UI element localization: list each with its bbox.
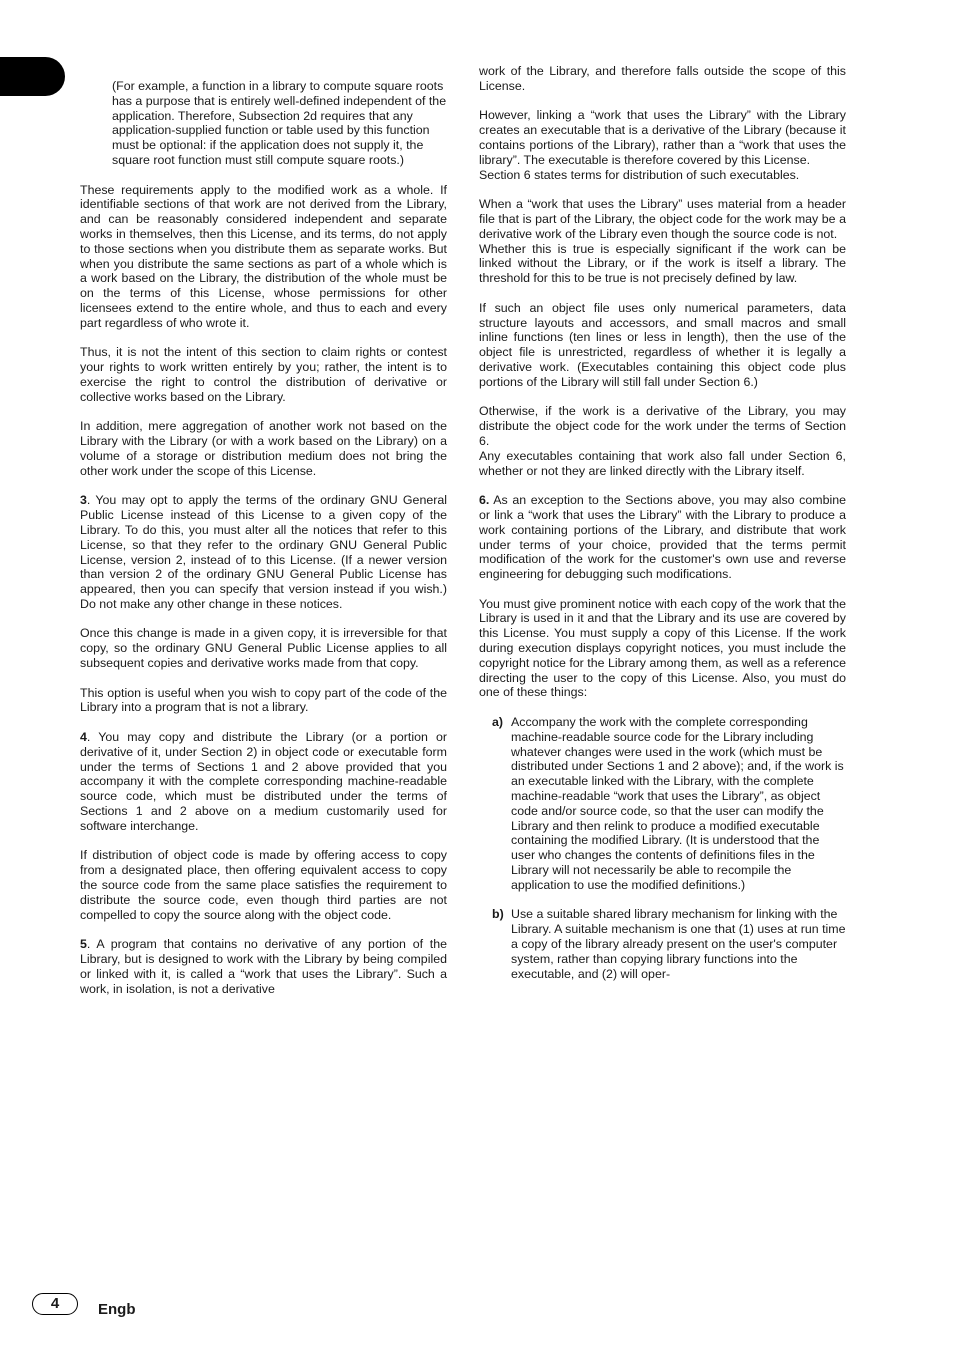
notice-paragraph: You must give prominent notice with each…: [479, 597, 846, 701]
list-item-text: Accompany the work with the complete cor…: [511, 715, 844, 892]
section-4-paragraph: 4. You may copy and distribute the Libra…: [80, 730, 447, 834]
list-item-label: b): [492, 907, 504, 922]
whether-paragraph: Whether this is true is especially signi…: [479, 242, 846, 286]
otherwise-paragraph: Otherwise, if the work is a derivative o…: [479, 404, 846, 448]
section-3-paragraph: 3. You may opt to apply the terms of the…: [80, 493, 447, 611]
page-footer: 4 Engb: [32, 1289, 136, 1318]
page-number: 4: [32, 1293, 78, 1315]
however-paragraph: However, linking a “work that uses the L…: [479, 108, 846, 167]
section-6-number: 6.: [479, 493, 489, 507]
section-4-number: 4: [80, 730, 87, 744]
requirements-paragraph: These requirements apply to the modified…: [80, 183, 447, 331]
section-6-text: As an exception to the Sections above, y…: [479, 493, 846, 581]
chapter-tab: [0, 57, 65, 96]
list-item-text: Use a suitable shared library mechanism …: [511, 907, 845, 980]
aggregation-paragraph: In addition, mere aggregation of another…: [80, 419, 447, 478]
section-5-number: 5: [80, 937, 87, 951]
section-3-text: . You may opt to apply the terms of the …: [80, 493, 447, 611]
option-paragraph: This option is useful when you wish to c…: [80, 686, 447, 716]
section-5-text: . A program that contains no derivative …: [80, 937, 447, 995]
section-6-paragraph: 6. As an exception to the Sections above…: [479, 493, 846, 582]
once-paragraph: Once this change is made in a given copy…: [80, 626, 447, 670]
header-file-paragraph: When a “work that uses the Library” uses…: [479, 197, 846, 241]
section-5-paragraph: 5. A program that contains no derivative…: [80, 937, 447, 996]
distribution-paragraph: If distribution of object code is made b…: [80, 848, 447, 922]
section-3-number: 3: [80, 493, 87, 507]
any-executables-paragraph: Any executables containing that work als…: [479, 449, 846, 479]
left-column: (For example, a function in a library to…: [80, 79, 447, 1011]
list-item-a: a) Accompany the work with the complete …: [479, 715, 846, 893]
language-code: Engb: [98, 1301, 136, 1318]
intent-paragraph: Thus, it is not the intent of this secti…: [80, 345, 447, 404]
example-paragraph: (For example, a function in a library to…: [112, 79, 447, 168]
list-item-label: a): [492, 715, 503, 730]
section-4-text: . You may copy and distribute the Librar…: [80, 730, 447, 833]
list-item-b: b) Use a suitable shared library mechani…: [479, 907, 846, 981]
section-6-states-paragraph: Section 6 states terms for distribution …: [479, 168, 846, 183]
right-column: work of the Library, and therefore falls…: [479, 64, 846, 996]
object-file-paragraph: If such an object file uses only numeric…: [479, 301, 846, 390]
continued-paragraph: work of the Library, and therefore falls…: [479, 64, 846, 94]
